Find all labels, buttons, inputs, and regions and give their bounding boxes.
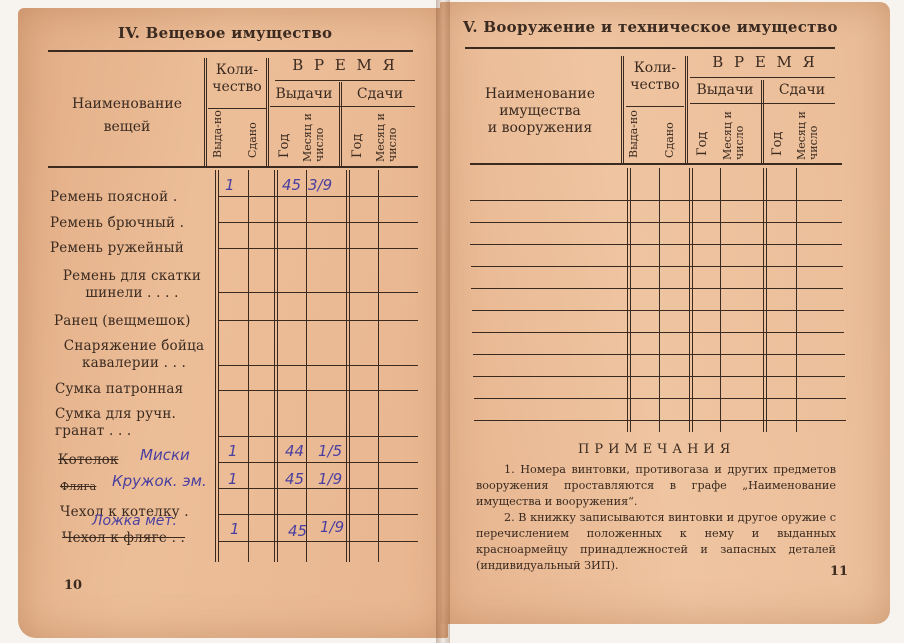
grid-line [621, 56, 622, 164]
issued-qty: 1 [228, 442, 238, 460]
issue-year: 45 [285, 470, 304, 488]
header-issue-month-day: Месяц и число [302, 110, 326, 162]
header-quantity-line2: чество [207, 79, 267, 96]
grid-line [270, 106, 415, 107]
grid-line [275, 80, 415, 81]
issue-date: 3/9 [308, 176, 332, 194]
grid-line [687, 56, 688, 164]
header-bottom-rule [470, 163, 842, 165]
row-line [218, 514, 418, 515]
header-quantity: Коли- чество [207, 62, 267, 96]
empty-row [473, 354, 845, 355]
header-issue-month-day: Месяц и число [722, 108, 746, 160]
issue-date: 1/5 [318, 442, 342, 460]
grid-line [204, 58, 205, 166]
empty-row [473, 376, 845, 377]
grid-line [274, 170, 275, 562]
row-name: Ремень поясной . [50, 189, 177, 206]
header-return-year: Год [772, 112, 784, 156]
grid-line [378, 170, 379, 562]
handwritten-name: Кружок. эм. [112, 472, 207, 490]
issued-qty: 1 [228, 470, 238, 488]
book-gutter [436, 0, 450, 643]
empty-row [472, 310, 844, 311]
grid-line [685, 56, 686, 164]
row-name: Котелок [58, 452, 119, 469]
row-line [218, 222, 418, 223]
header-name-line2: имущества [470, 103, 610, 120]
header-bottom-rule [48, 166, 418, 168]
header-name-line1: Наименование [62, 96, 192, 113]
header-issue-year: Год [697, 112, 709, 156]
header-returned-qty: Сдано [664, 110, 676, 158]
empty-row [471, 266, 843, 267]
grid-line [277, 170, 278, 562]
note-2: 2. В книжку записываются винтовки и друг… [476, 510, 836, 574]
grid-line [690, 77, 835, 78]
grid-line [763, 80, 764, 164]
header-issue-year: Год [279, 112, 291, 158]
issue-date: 1/9 [318, 470, 342, 488]
page-number-left: 10 [64, 578, 82, 593]
issue-year: 45 [282, 176, 301, 194]
grid-line [349, 170, 350, 562]
row-line [218, 462, 418, 463]
grid-line [720, 168, 721, 432]
empty-row [474, 398, 846, 399]
header-issue: Выдачи [685, 82, 765, 99]
grid-line [796, 168, 797, 432]
header-return-month-day: Месяц и число [796, 108, 820, 160]
grid-line [692, 168, 693, 432]
row-line [218, 488, 418, 489]
empty-row [471, 288, 843, 289]
empty-row [470, 244, 842, 245]
grid-line [761, 80, 762, 164]
header-return: Сдачи [345, 86, 415, 103]
section-title-weapons: V. Вооружение и техническое имущество [463, 18, 838, 36]
header-quantity-line2: чество [625, 77, 685, 94]
header-name-line2: вещей [62, 119, 192, 136]
grid-line [659, 168, 660, 432]
header-issued-qty: Выда-но [628, 110, 640, 158]
header-quantity-line1: Коли- [625, 60, 685, 77]
grid-line [346, 170, 347, 562]
grid-line [766, 168, 767, 432]
header-quantity-line1: Коли- [207, 62, 267, 79]
row-name: Сумка для ручн. гранат . . . [55, 406, 215, 440]
grid-line [627, 168, 628, 432]
section-title-clothing: IV. Вещевое имущество [118, 24, 332, 42]
row-name: Фляга [60, 478, 96, 495]
grid-line [689, 168, 690, 432]
grid-line [763, 168, 764, 432]
issued-qty: 1 [230, 520, 240, 538]
grid-line [266, 58, 267, 166]
grid-line [623, 56, 624, 164]
header-top-rule [465, 47, 835, 49]
grid-line [215, 170, 216, 562]
handwritten-name: Миски [140, 446, 190, 464]
row-name: Ремень ружейный [50, 240, 184, 257]
empty-row [474, 420, 846, 421]
grid-line [341, 82, 342, 166]
row-name: Ремень брючный . [50, 215, 184, 232]
header-time: В Р Е М Я [275, 57, 415, 74]
issued-qty: 1 [225, 176, 235, 194]
row-name: Сумка патронная [55, 381, 183, 398]
header-top-rule [48, 50, 413, 52]
row-line [218, 320, 418, 321]
row-name: Снаряжение бойца кавалерии . . . [54, 338, 214, 372]
empty-row [470, 200, 842, 201]
grid-line [248, 170, 249, 562]
grid-line [339, 82, 340, 166]
row-line [218, 248, 418, 249]
header-name-col: Наименование вещей [62, 96, 192, 136]
row-line [218, 365, 418, 366]
grid-line [206, 58, 207, 166]
issue-year: 44 [285, 442, 304, 460]
grid-line [630, 168, 631, 432]
header-return: Сдачи [768, 82, 836, 99]
row-name: Чехол к фляге . . [62, 530, 185, 547]
grid-line [690, 103, 835, 104]
header-return-month-day: Месяц и число [375, 110, 399, 162]
row-line [218, 390, 418, 391]
note-1: 1. Номера винтовки, противогаза и других… [476, 462, 836, 510]
row-name: Ранец (вещмешок) [54, 313, 191, 330]
issue-year: 45 [288, 522, 307, 540]
row-line [218, 292, 418, 293]
grid-line [208, 108, 266, 109]
header-quantity: Коли- чество [625, 60, 685, 94]
header-returned-qty: Сдано [247, 112, 259, 158]
header-issued-qty: Выда-но [212, 112, 224, 158]
header-issue: Выдачи [268, 86, 340, 103]
header-return-year: Год [352, 112, 364, 158]
row-line [218, 436, 418, 437]
page-number-right: 11 [830, 564, 848, 579]
booklet-spread: IV. Вещевое имущество Наименование вещей… [0, 0, 904, 643]
grid-line [218, 170, 219, 562]
issue-date: 1/9 [320, 518, 344, 536]
empty-row [472, 332, 844, 333]
header-name-line3: и вооружения [470, 120, 610, 137]
row-name: Ремень для скатки шинели . . . . [52, 268, 212, 302]
header-name-col: Наименование имущества и вооружения [470, 86, 610, 137]
notes-title: ПРИМЕЧАНИЯ [578, 442, 735, 457]
grid-line [306, 170, 307, 562]
handwritten-name: Ложка мет. [92, 513, 177, 529]
row-line [218, 196, 418, 197]
header-name-line1: Наименование [470, 86, 610, 103]
grid-line [268, 58, 269, 166]
row-line [218, 541, 418, 542]
grid-line [626, 106, 684, 107]
empty-row [470, 222, 842, 223]
header-time: В Р Е М Я [695, 54, 835, 71]
